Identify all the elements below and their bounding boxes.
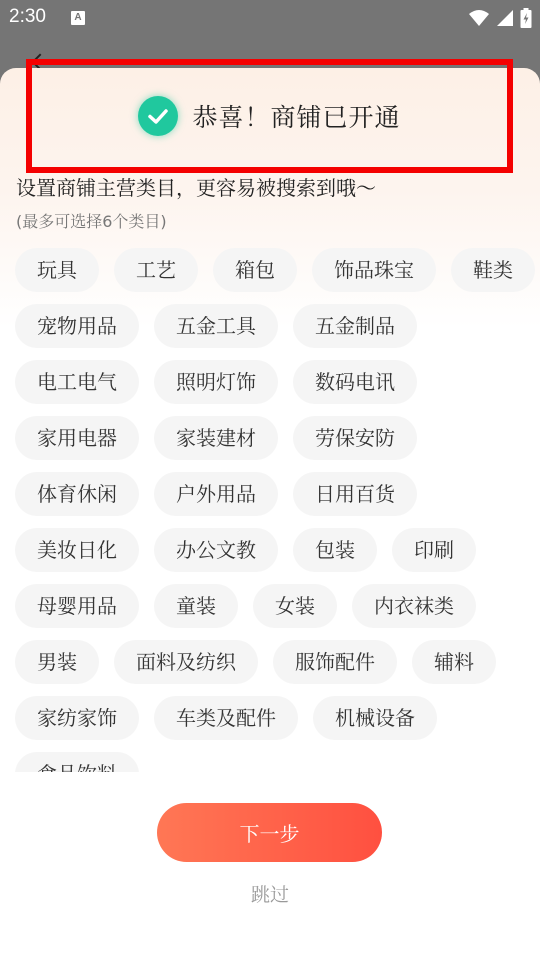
category-chip[interactable]: 数码电讯 — [293, 360, 417, 404]
cellular-signal-icon — [496, 9, 514, 27]
next-step-button[interactable]: 下一步 — [157, 803, 382, 862]
category-chip[interactable]: 车类及配件 — [154, 696, 298, 740]
category-chip[interactable]: 母婴用品 — [15, 584, 139, 628]
category-list[interactable]: 玩具工艺箱包饰品珠宝鞋类宠物用品五金工具五金制品电工电气照明灯饰数码电讯家用电器… — [0, 248, 540, 772]
category-chip[interactable]: 童装 — [154, 584, 238, 628]
category-chip[interactable]: 女装 — [253, 584, 337, 628]
category-chip[interactable]: 五金工具 — [154, 304, 278, 348]
category-chip[interactable]: 玩具 — [15, 248, 99, 292]
category-chip[interactable]: 办公文教 — [154, 528, 278, 572]
category-chip[interactable]: 服饰配件 — [273, 640, 397, 684]
category-chip[interactable]: 工艺 — [114, 248, 198, 292]
category-chip[interactable]: 日用百货 — [293, 472, 417, 516]
battery-charging-icon — [520, 8, 532, 28]
category-chip[interactable]: 印刷 — [392, 528, 476, 572]
category-chip[interactable]: 面料及纺织 — [114, 640, 258, 684]
category-chip[interactable]: 家用电器 — [15, 416, 139, 460]
check-circle-icon — [138, 96, 178, 136]
category-chip[interactable]: 饰品珠宝 — [312, 248, 436, 292]
category-chip[interactable]: 宠物用品 — [15, 304, 139, 348]
category-chip[interactable]: 家纺家饰 — [15, 696, 139, 740]
success-toast: 恭喜！商铺已开通 — [26, 59, 513, 173]
category-chip[interactable]: 电工电气 — [15, 360, 139, 404]
category-chip[interactable]: 体育休闲 — [15, 472, 139, 516]
category-chip[interactable]: 劳保安防 — [293, 416, 417, 460]
category-chip[interactable]: 箱包 — [213, 248, 297, 292]
category-chip[interactable]: 食品饮料 — [15, 752, 139, 772]
category-subtitle: 设置商铺主营类目，更容易被搜索到哦～ — [16, 172, 376, 201]
category-chip[interactable]: 机械设备 — [313, 696, 437, 740]
skip-link[interactable]: 跳过 — [0, 880, 540, 907]
category-chip[interactable]: 包装 — [293, 528, 377, 572]
category-chip[interactable]: 家装建材 — [154, 416, 278, 460]
status-bar: 2:30 A — [0, 0, 540, 36]
status-time: 2:30 — [9, 6, 46, 28]
category-chip[interactable]: 辅料 — [412, 640, 496, 684]
category-chip[interactable]: 美妆日化 — [15, 528, 139, 572]
category-limit-hint: (最多可选择6个类目) — [16, 209, 167, 232]
category-chip[interactable]: 男装 — [15, 640, 99, 684]
category-chip[interactable]: 户外用品 — [154, 472, 278, 516]
category-chip[interactable]: 内衣袜类 — [352, 584, 476, 628]
wifi-icon — [468, 9, 490, 27]
category-chip[interactable]: 照明灯饰 — [154, 360, 278, 404]
category-chip[interactable]: 五金制品 — [293, 304, 417, 348]
notification-a-icon: A — [71, 11, 85, 25]
category-chips: 玩具工艺箱包饰品珠宝鞋类宠物用品五金工具五金制品电工电气照明灯饰数码电讯家用电器… — [0, 248, 540, 772]
toast-message: 恭喜！商铺已开通 — [192, 98, 400, 134]
category-chip[interactable]: 鞋类 — [451, 248, 535, 292]
status-icons — [468, 7, 532, 29]
